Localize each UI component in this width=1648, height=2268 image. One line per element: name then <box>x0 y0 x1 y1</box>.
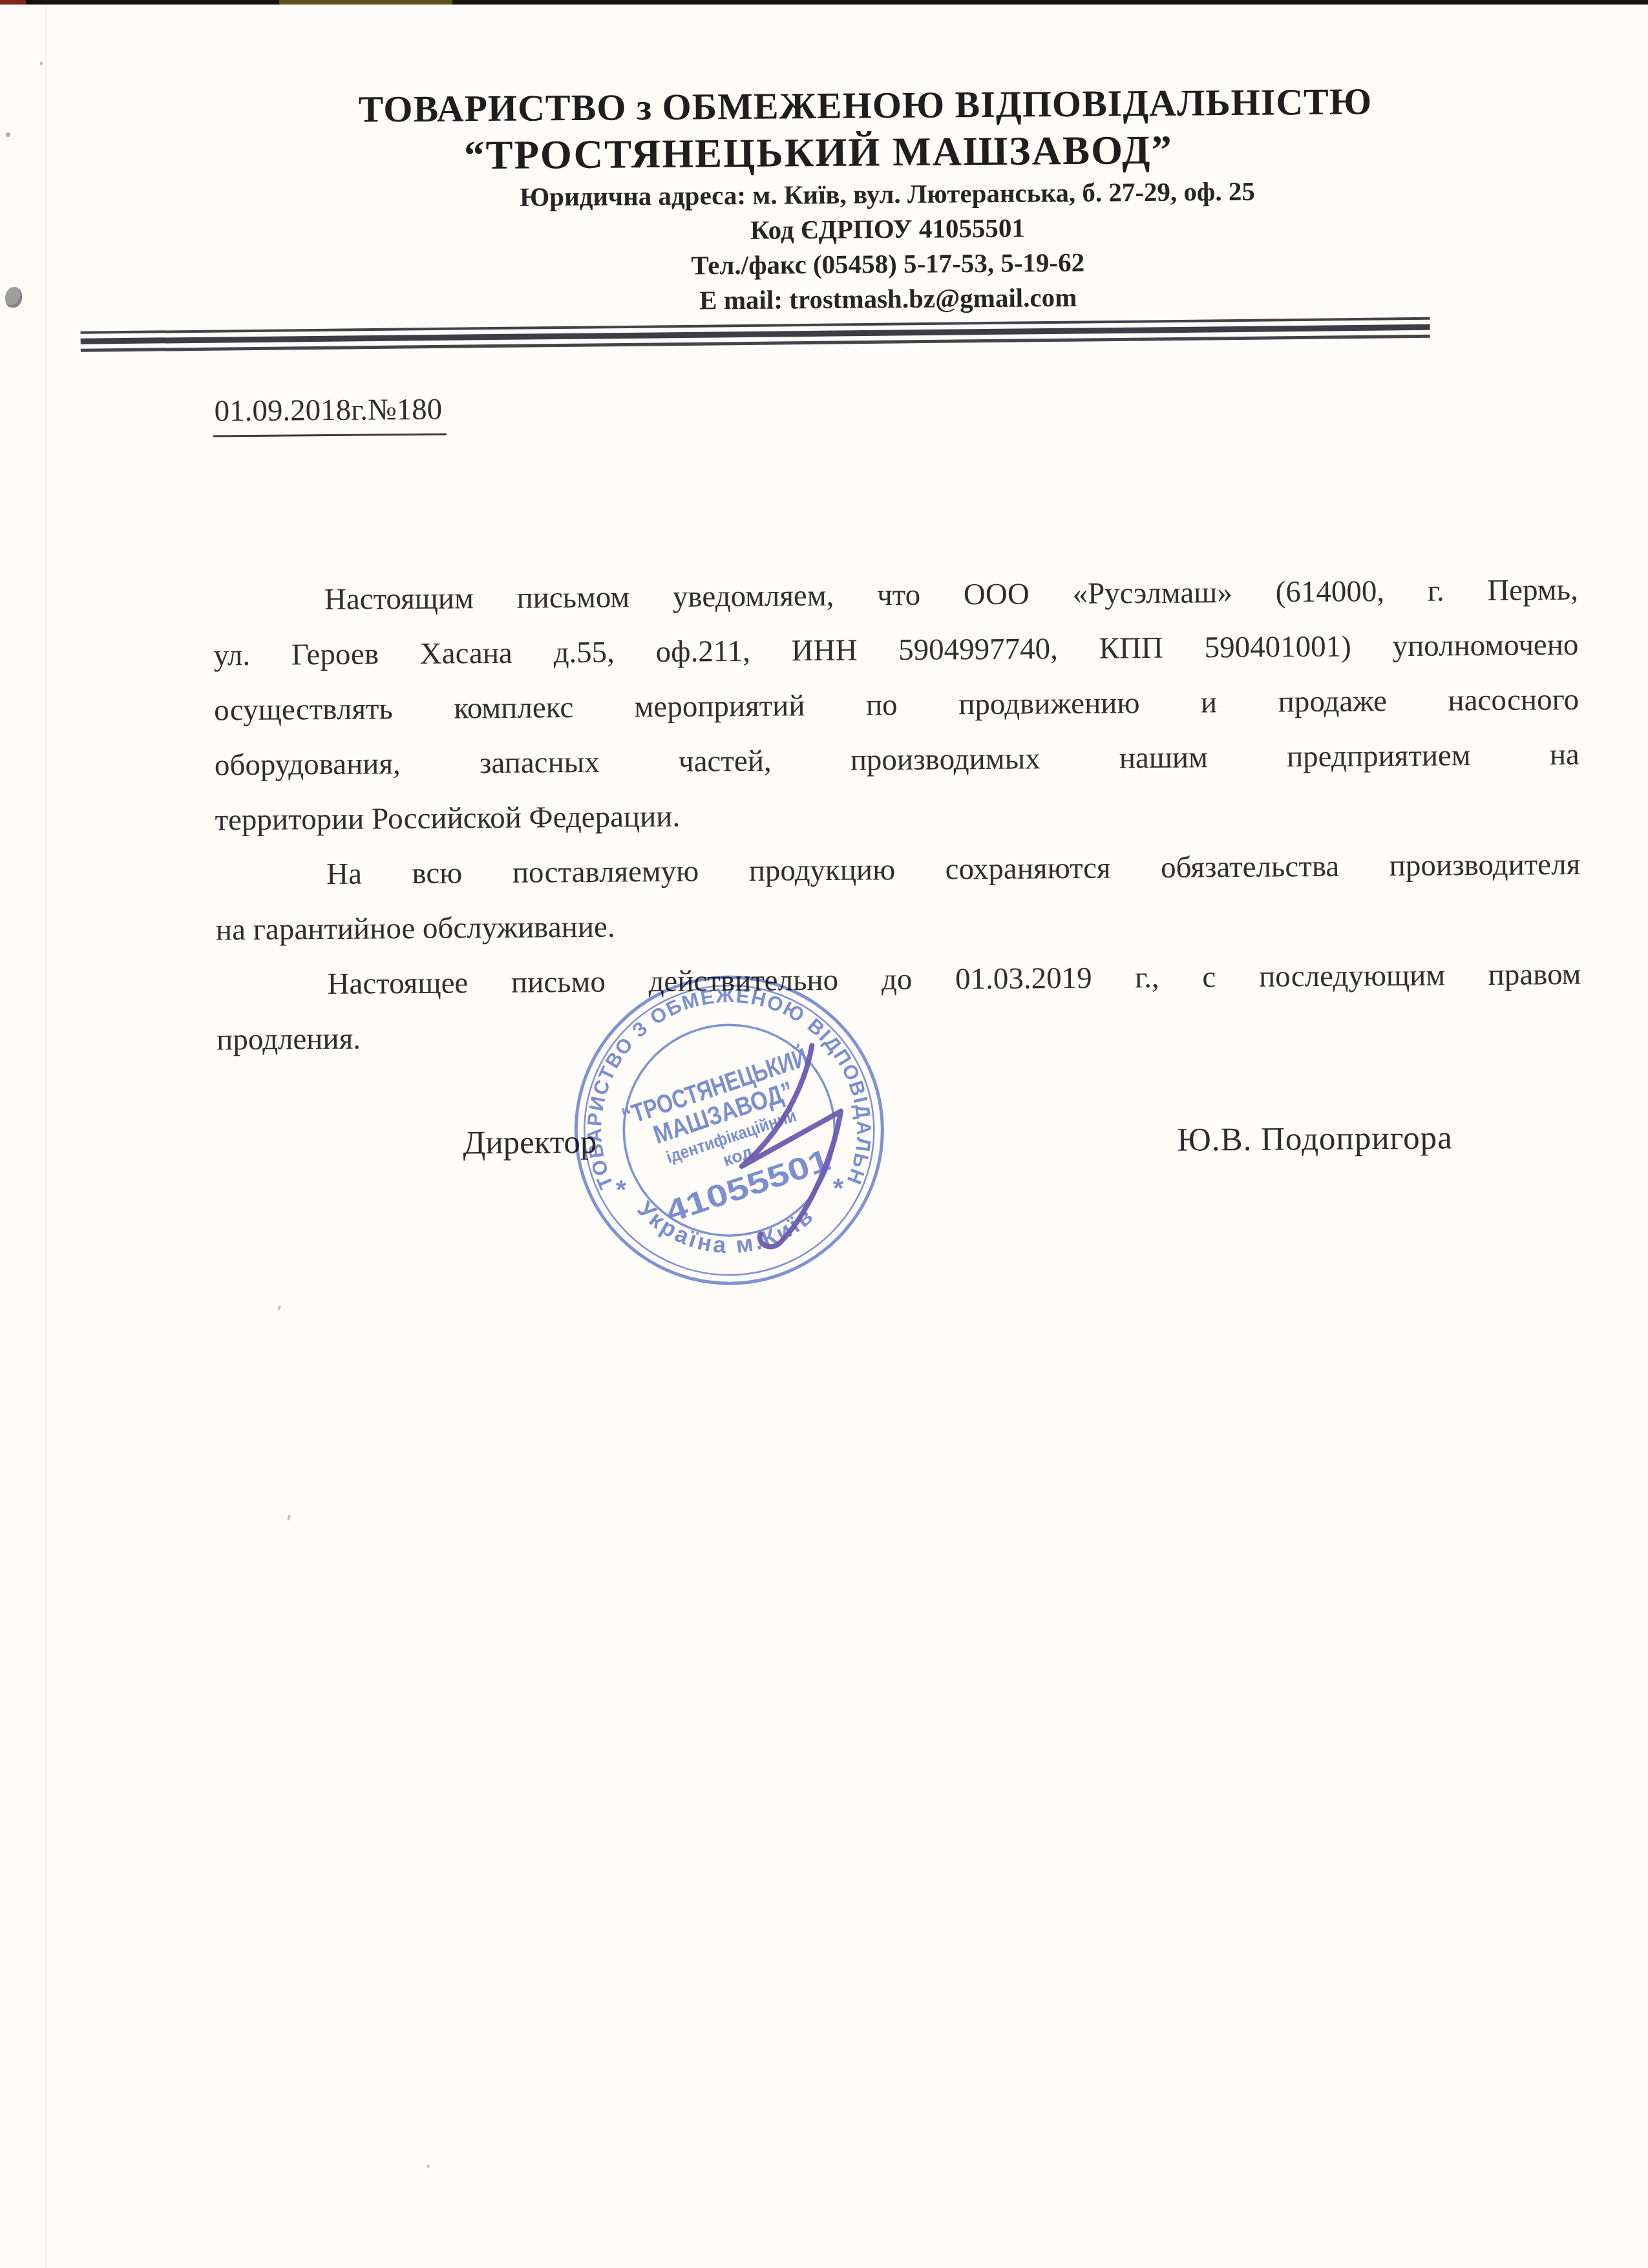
stamp-separator-right: * <box>833 1173 844 1203</box>
company-stamp: ТОВАРИСТВО З ОБМЕЖЕНОЮ ВІДПОВІДАЛЬНІСТЮ … <box>518 919 941 1342</box>
body-line: осуществлять комплекс мероприятий по про… <box>214 673 1579 739</box>
letterhead: ТОВАРИСТВО з ОБМЕЖЕНОЮ ВІДПОВІДАЛЬНІСТЮ … <box>41 77 1648 322</box>
stamp-separator-left: * <box>616 1174 627 1204</box>
scan-artifact-red-segment <box>0 0 26 5</box>
body-line: Настоящим письмом уведомляем, что ООО «Р… <box>213 563 1579 629</box>
letter-document: ТОВАРИСТВО з ОБМЕЖЕНОЮ ВІДПОВІДАЛЬНІСТЮ … <box>0 0 1648 2268</box>
body-line: территории Российской Федерации. <box>215 782 1580 848</box>
letterhead-contact-block: Юридична адреса: м. Київ, вул. Лютерансь… <box>85 170 1648 322</box>
letter-date-number: 01.09.2018г.№180 <box>213 392 446 437</box>
body-line: ул. Героев Хасана д.55, оф.211, ИНН 5904… <box>213 618 1579 684</box>
body-line: На всю поставляемую продукцию сохраняютс… <box>215 837 1581 903</box>
body-line: оборудования, запасных частей, производи… <box>215 728 1580 793</box>
scanned-letter-page: ТОВАРИСТВО з ОБМЕЖЕНОЮ ВІДПОВІДАЛЬНІСТЮ … <box>0 0 1648 2268</box>
signatory-name: Ю.В. Подопригора <box>1177 1119 1453 1159</box>
letterhead-divider-rule <box>81 317 1430 352</box>
